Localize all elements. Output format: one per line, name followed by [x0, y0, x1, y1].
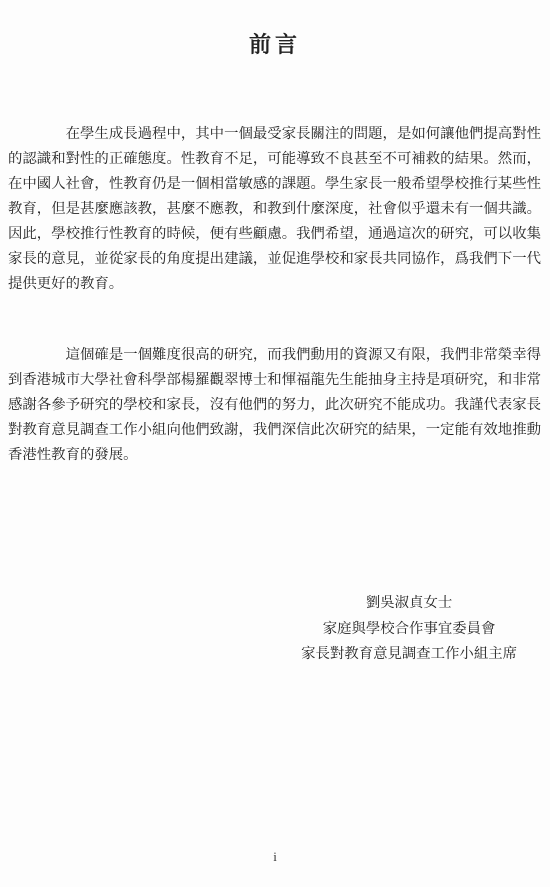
signature-role: 家長對教育意見調查工作小組主席: [301, 642, 517, 668]
signature-name: 劉吳淑貞女士: [301, 591, 517, 617]
page-title: 前言: [0, 28, 550, 59]
page-number: i: [0, 849, 550, 865]
document-body: 在學生成長過程中，其中一個最受家長關注的問題，是如何讓他們提高對性的認識和對性的…: [8, 122, 541, 468]
signature-committee: 家庭與學校合作事宜委員會: [301, 617, 517, 643]
paragraph-1: 在學生成長過程中，其中一個最受家長關注的問題，是如何讓他們提高對性的認識和對性的…: [8, 122, 541, 297]
document-page: 前言 在學生成長過程中，其中一個最受家長關注的問題，是如何讓他們提高對性的認識和…: [0, 0, 550, 887]
signature-block: 劉吳淑貞女士 家庭與學校合作事宜委員會 家長對教育意見調查工作小組主席: [301, 591, 517, 668]
paragraph-2: 這個確是一個難度很高的研究，而我們動用的資源又有限，我們非常榮幸得到香港城市大學…: [8, 343, 541, 468]
